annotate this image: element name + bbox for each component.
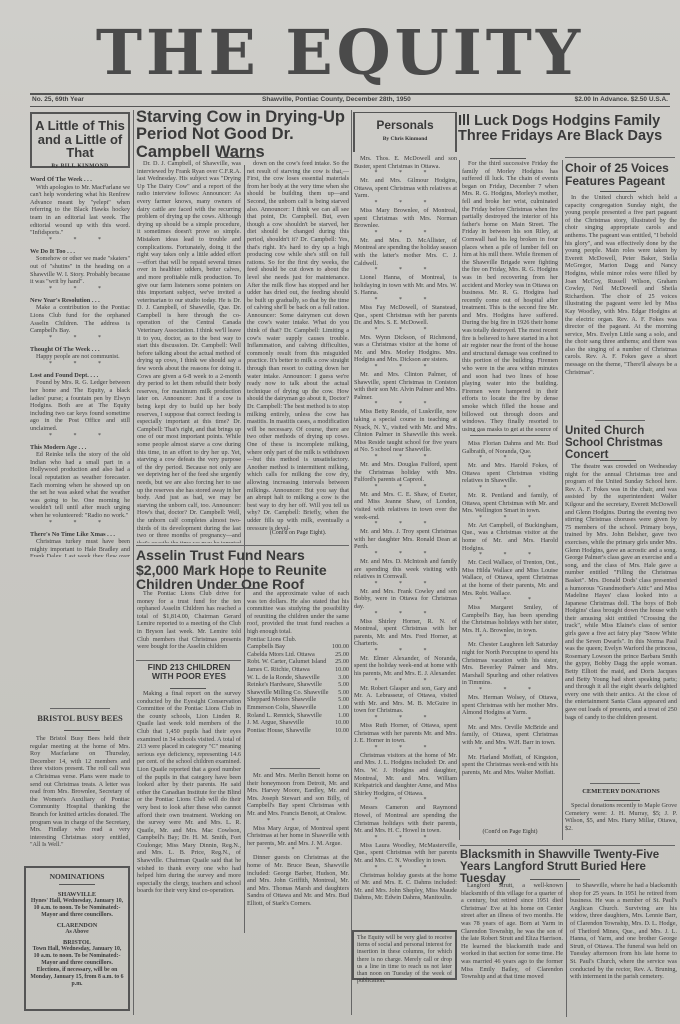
separator-dots: * * * [462,687,558,694]
personal-item: Miss Mary Brownlee, of Montreal, spent C… [354,207,457,230]
separator-dots: * * * [247,847,349,854]
column-divider [351,110,352,1015]
donation-row: Pontiac House, Shawville10.00 [247,727,349,735]
personal-item: Mr. and Mrs. D. McAllister, of Montreal … [354,237,457,267]
donor-name: Roland L. Rennick, Shawville [247,712,322,720]
donor-name: Robt. W. Carter, Calumet Island [247,658,326,666]
united-church-headline: United Church School Christmas Concert [565,425,677,461]
bristol-body: The Bristol Busy Bees held their regular… [30,735,130,853]
item-title: We Do It Too . . . [30,248,130,256]
masthead-rule [30,93,670,95]
starving-cow-headline: Starving Cow in Drying-Up Period Not Goo… [136,109,350,161]
little-of-this-column: Word Of The Week . . .With apologies to … [30,172,130,557]
column-divider [562,160,563,840]
donation-row: Roland L. Rennick, Shawville1.00 [247,712,349,720]
separator-dots: * * * [354,678,457,685]
personal-item: Mr. and Mrs. Clinton Palmer, of Shawvill… [354,371,457,401]
separator-dots: * * * [462,515,558,522]
nomination-place: CLARENDON [30,922,124,929]
little-of-this-headline: A Little of This and a Little of That [32,119,128,160]
section-rule [565,157,675,158]
starving-cow-continued: (Cont'd on Page Eight). [247,530,349,536]
separator-dots: * * * [354,551,457,558]
item-body: Somehow or other we made "skaters" out o… [30,255,130,285]
ill-luck-body: For the third successive Friday the fami… [462,160,558,432]
social-item: Mr. Chester Laughren left Saturday night… [462,641,558,687]
separator-dots: * * * [354,648,457,655]
section-rule [460,845,675,846]
separator-dots: * * * [354,865,457,872]
social-notes-mid: Mr. and Mrs. Merlin Benoit home on their… [247,772,349,1015]
asselin-headline: Asselin Trust Fund Nears $2,000 Mark Hop… [136,548,350,592]
personal-item: Mr. and Mrs. C. E. Shaw, of Exeter, and … [354,491,457,521]
social-item: Mr. Cecil Wallace, of Trenton, Ont., Mis… [462,559,558,597]
donation-row: J. M. Argue, Shawville10.00 [247,719,349,727]
separator-dots: * * * [462,552,558,559]
choir-text: In the United church which held a capaci… [565,194,677,376]
donor-name: James C. Ritchie, Ottawa [247,666,310,674]
asselin-text: The Pontiac Lions Club drive for money f… [137,590,241,651]
item-body: Christmas turkey must have been mighty i… [30,538,130,557]
personal-item: Christmas holiday guests at the home of … [354,872,457,902]
little-of-this-box: A Little of This and a Little of That By… [30,112,130,168]
issue-number: No. 25, 69th Year [32,96,84,103]
ill-luck-text: For the third successive Friday the fami… [462,160,558,432]
donor-name: W. L. de la Ronde, Shawville [247,674,320,682]
separator-dots: * * * [462,717,558,724]
personals-headline: Personals [355,119,455,132]
asselin-col1: The Pontiac Lions Club drive for money f… [137,590,241,658]
personal-item: Mr. Elmer Alexander, of Noranda, spent t… [354,655,457,678]
section-rule [590,783,640,784]
donation-amount: 1.00 [338,712,349,720]
separator-dots: * * * [462,747,558,754]
united-church-text: The theatre was crowded on Wednesday nig… [565,463,677,721]
submission-notice-box: The Equity will be very glad to receive … [352,930,457,980]
donor-name: J. M. Argue, Shawville [247,719,304,727]
asselin-intro: and the approximate value of each was te… [247,590,349,636]
donation-row: Cabelda Mtors Ltd. Ottawa25.00 [247,651,349,659]
donation-row: Sheppard Motors Shawville5.00 [247,696,349,704]
column-divider [133,110,134,1015]
personal-item: Miss Betty Reside, of Luskville, now tak… [354,408,457,454]
headline-rule [59,884,95,885]
separator-dots: * * * [30,433,130,440]
personal-item: Christmas visitors at the home of Mr. an… [354,752,457,798]
personal-item: Miss Ruth Horner, of Ottawa, spent Chris… [354,722,457,745]
personal-item: Mr. and Mrs. Gilmour Hodgins, Ottawa, sp… [354,177,457,200]
headline-rule [170,688,206,689]
donor-name: Sheppard Motors Shawville [247,696,316,704]
donor-name: Shawville Milling Co. Shawville [247,689,328,697]
separator-dots: * * * [354,611,457,618]
poor-eyes-text: Making a final report on the survey cond… [137,690,241,895]
masthead-title: THE EQUITY [0,18,680,88]
blacksmith-col1: Langford Strutt, a well-known blacksmith… [461,882,563,1017]
donation-amount: 10.00 [335,719,349,727]
section-rule [270,768,320,769]
separator-dots: * * * [354,267,457,274]
blacksmith-text-2: to Shawville, where he had a blacksmith … [570,882,677,981]
section-rule [470,435,550,436]
nomination-place: BRISTOL [30,939,124,946]
social-item: Mr. R. Pentland and family, of Ottawa, s… [462,492,558,515]
choir-headline: Choir of 25 Voices Features Pageant [565,162,677,187]
social-item: Mr. and Mrs. Merlin Benoit home on their… [247,772,349,818]
personal-item: Mrs. Wynn Dickson, of Richmond, was a Ch… [354,334,457,364]
personal-item: Mr. and Mrs. Frank Cowley and son Bobby,… [354,588,457,611]
cemetery-headline: CEMETERY DONATIONS [565,788,677,795]
item-title: Lost and Found Dept. . . . [30,372,130,380]
social-item: Dinner guests on Christmas at the home o… [247,854,349,907]
headline-rule [220,157,256,158]
separator-dots: * * * [462,485,558,492]
social-item: Mr. Harland Moffatt, of Kingston, spent … [462,754,558,777]
headline-rule [604,800,640,801]
separator-dots: * * * [247,818,349,825]
social-item: Mr. and Mrs. Harold Fokes, of Ottawa spe… [462,462,558,485]
nomination-text: Town Hall, Wednesday, January 10, 10 a.m… [30,946,124,988]
separator-dots: * * * [30,237,130,244]
separator-dots: * * * [354,327,457,334]
separator-dots: * * * [30,520,130,527]
donation-row: Shawville Milling Co. Shawville5.00 [247,689,349,697]
donations-title: Pontiac Lions Club. [247,636,349,644]
cemetery-text: Special donations recently to Maple Grov… [565,802,677,832]
personal-item: Mr. and Mrs. D. McIntosh and family are … [354,558,457,581]
social-continued: (Cont'd on Page Eight) [462,829,558,835]
personal-item: Miss Shirley Horner, R. N. of Montreal, … [354,618,457,648]
choir-body: In the United church which held a capaci… [565,194,677,416]
headline-rule [64,730,100,731]
social-item: Miss Margaret Smiley, of Campbell's Bay,… [462,604,558,634]
donation-amount: 10.00 [335,666,349,674]
bristol-text: The Bristol Busy Bees held their regular… [30,735,130,849]
social-item: Miss Mary Argue, of Montreal spent Chris… [247,825,349,848]
donor-name: Cabelda Mtors Ltd. Ottawa [247,651,315,659]
personal-item: Lionel Hanna, of Montreal, is holidaying… [354,274,457,297]
item-title: New Year's Resolution . . . [30,297,130,305]
donation-row: Reinke's Hardware, Shawville5.00 [247,681,349,689]
item-title: This Modern Age . . . [30,444,130,452]
little-of-this-byline: By BILL KINMOND [32,163,128,169]
starving-cow-text-1: Dr. D. J. Campbell, of Shawville, was in… [137,160,241,543]
nomination-text: Hynes' Hall, Wednesday, January 10, 10 a… [30,898,124,919]
starving-cow-col1: Dr. D. J. Campbell, of Shawville, was in… [137,160,241,543]
submission-notice: The Equity will be very glad to receive … [354,932,455,988]
donor-name: Pontiac House, Shawville [247,727,311,735]
donation-row: Robt. W. Carter, Calumet Island25.00 [247,658,349,666]
donation-amount: 100.00 [332,643,349,651]
starving-cow-text-2: down on the cow's feed intake. So the ne… [247,160,349,530]
donation-row: James C. Ritchie, Ottawa10.00 [247,666,349,674]
separator-dots: * * * [30,286,130,293]
separator-dots: * * * [462,634,558,641]
item-body: Found by Mrs. R. G. Ledger between her h… [30,379,130,432]
separator-dots: * * * [354,230,457,237]
separator-dots: * * * [462,597,558,604]
separator-dots: * * * [354,581,457,588]
headline-rule [490,158,526,159]
separator-dots: * * * [30,335,130,342]
asselin-col2: and the approximate value of each was te… [247,590,349,765]
personal-item: Messrs Cameron and Raymond Howel, of Mon… [354,804,457,834]
social-item: Mr. and Mrs. Orville McBride and family,… [462,724,558,747]
nominations-box: NOMINATIONS SHAWVILLEHynes' Hall, Wednes… [24,866,130,1011]
donation-amount: 25.00 [335,651,349,659]
item-title: Thought Of The Week . . . [30,346,130,354]
item-body: Happy people are not communist. [30,353,130,361]
personals-byline: By Chris Kinmond [355,136,455,142]
donor-name: Campbells Bay [247,643,285,651]
personal-item: Mrs. Thos. E. McDowell and son Buster, s… [354,155,457,170]
section-rule [136,660,241,661]
blacksmith-text-1: Langford Strutt, a well-known blacksmith… [461,882,563,981]
separator-dots: * * * [354,521,457,528]
donation-row: Emmerson Colis, Shawville1.00 [247,704,349,712]
personal-item: Miss Laura Woodley, McMasterville, Que.,… [354,842,457,865]
separator-dots: * * * [462,455,558,462]
nomination-place: SHAWVILLE [30,891,124,898]
newspaper-page: THE EQUITY No. 25, 69th Year Shawville, … [0,0,680,1024]
subscription-price: $2.00 In Advance. $2.50 U.S.A. [575,96,668,103]
social-item: Mrs. Herman Wolsey, of Ottawa, spent Chr… [462,694,558,717]
separator-dots: * * * [354,797,457,804]
nomination-text: As Above [30,929,124,936]
headline-rule [530,879,580,880]
section-rule [136,545,349,546]
donation-amount: 5.00 [338,681,349,689]
social-item: Mr. Art Campbell, of Buckingham, Que., w… [462,522,558,552]
headline-rule [600,460,636,461]
item-body: With apologies to Mr. MacFarlane we can'… [30,184,130,237]
donation-row: Campbells Bay100.00 [247,643,349,651]
item-body: Ed Reinke tells the story of the old Ind… [30,451,130,519]
dateline-rule [30,106,670,107]
headline-rule [600,191,636,192]
donation-amount: 3.00 [338,674,349,682]
poor-eyes-headline: FIND 213 CHILDREN WITH POOR EYES [137,663,241,681]
donation-amount: 1.00 [338,704,349,712]
donation-amount: 5.00 [338,689,349,697]
item-body: Make a contribution to the Pontiac Lions… [30,304,130,334]
separator-dots: * * * [354,745,457,752]
poor-eyes-body: Making a final report on the survey cond… [137,690,241,1015]
personals-box: Personals By Chris Kinmond [353,112,457,152]
donation-amount: 5.00 [338,696,349,704]
blacksmith-col2: to Shawville, where he had a blacksmith … [570,882,677,1017]
donation-amount: 10.00 [335,727,349,735]
separator-dots: * * * [354,715,457,722]
column-divider [566,882,567,1017]
personals-column: Mrs. Thos. E. McDowell and son Buster, s… [354,155,457,903]
separator-dots: * * * [354,835,457,842]
section-rule [50,708,110,709]
personal-item: Mr. and Mrs. Douglas Fulford, spent the … [354,461,457,484]
donation-list: Campbells Bay100.00Cabelda Mtors Ltd. Ot… [247,643,349,734]
cemetery-body: Special donations recently to Maple Grov… [565,802,677,834]
nominations-body: SHAWVILLEHynes' Hall, Wednesday, January… [26,888,128,988]
place-date: Shawville, Pontiac County, December 28th… [262,96,411,103]
separator-dots: * * * [354,200,457,207]
item-title: There's No Time Like Xmas . . . [30,531,130,539]
separator-dots: * * * [354,297,457,304]
united-church-body: The theatre was crowded on Wednesday nig… [565,463,677,745]
donor-name: Reinke's Hardware, Shawville [247,681,322,689]
column-divider [459,160,460,840]
section-rule [595,420,645,421]
personal-item: Miss Fay McDowell, of Stanstead, Que., s… [354,304,457,327]
separator-dots: * * * [354,364,457,371]
personal-item: Mr. and Mrs. J. Troy spent Christmas wit… [354,528,457,551]
starving-cow-col2: down on the cow's feed intake. So the ne… [247,160,349,530]
donation-amount: 25.00 [335,658,349,666]
headline-rule [222,588,258,589]
separator-dots: * * * [354,170,457,177]
separator-dots: * * * [354,454,457,461]
donation-row: W. L. de la Ronde, Shawville3.00 [247,674,349,682]
personal-item: Mr. Robert Glasper and son, Gary and Mr.… [354,685,457,715]
bristol-headline: BRISTOL BUSY BEES [30,714,130,723]
nominations-headline: NOMINATIONS [26,873,128,881]
separator-dots: * * * [30,361,130,368]
ill-luck-headline: Ill Luck Dogs Hodgins Family Three Frida… [458,114,678,144]
item-title: Word Of The Week . . . [30,176,130,184]
separator-dots: * * * [354,401,457,408]
donor-name: Emmerson Colis, Shawville [247,704,316,712]
separator-dots: * * * [354,484,457,491]
social-item: Miss Florian Dahms and Mr. Bud Galbraith… [462,440,558,455]
social-notes-right: Miss Florian Dahms and Mr. Bud Galbraith… [462,440,558,825]
dateline: No. 25, 69th Year Shawville, Pontiac Cou… [32,96,668,106]
